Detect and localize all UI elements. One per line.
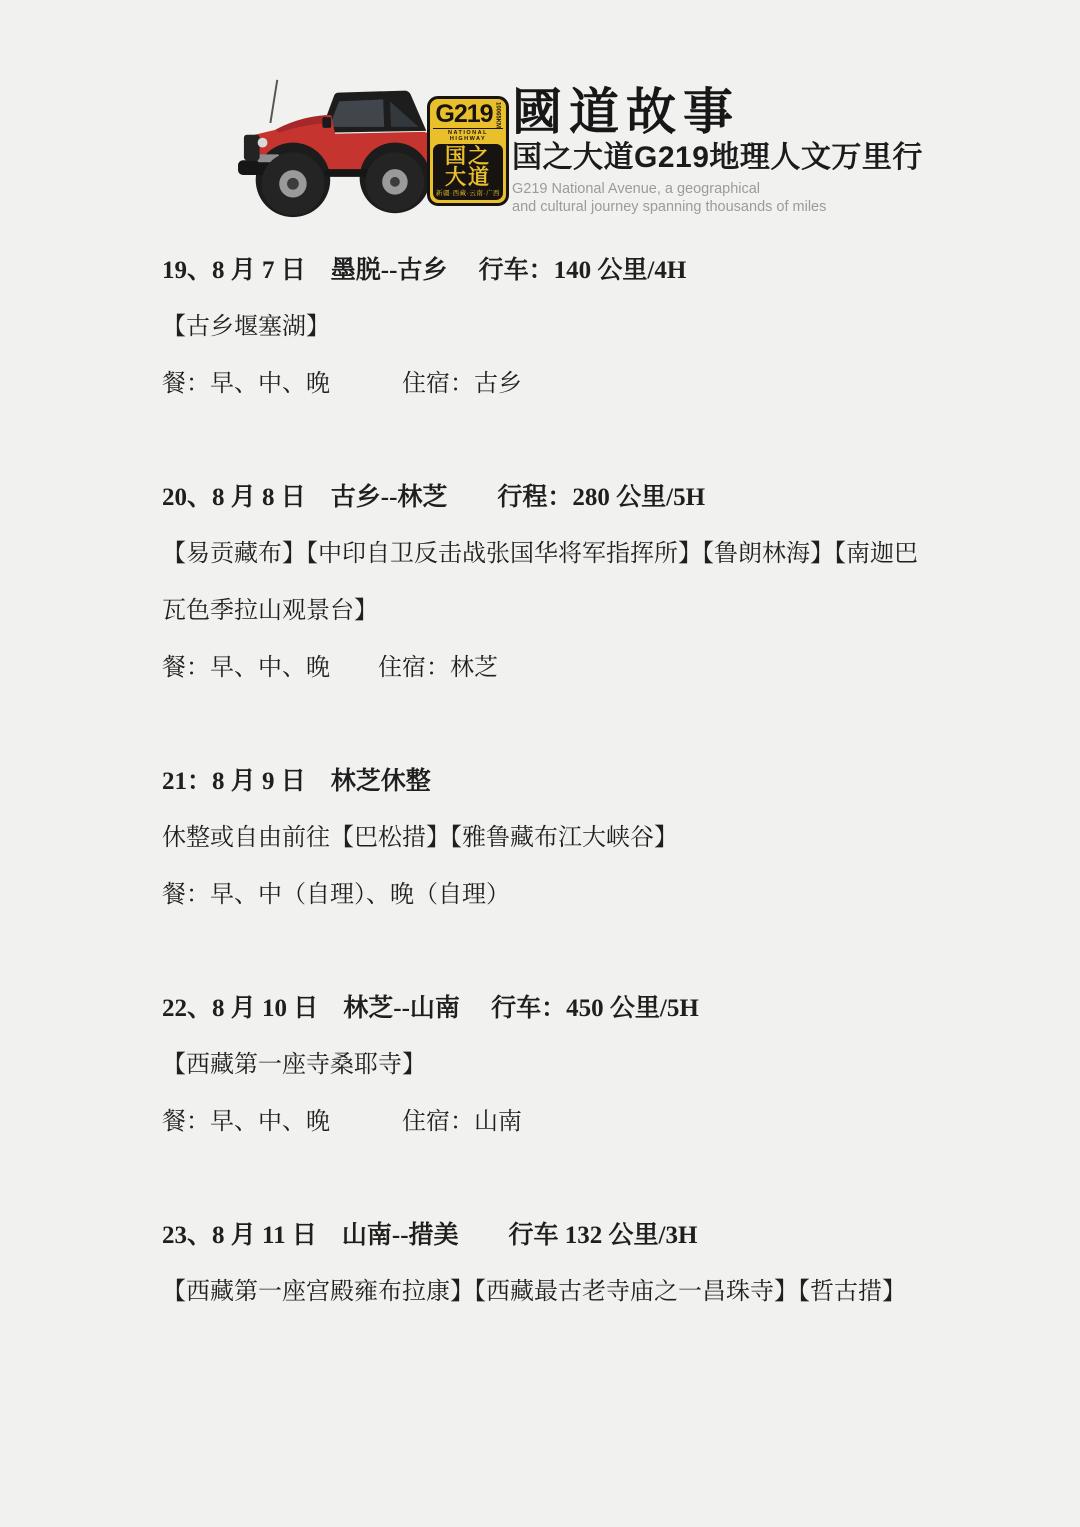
day-heading: 21：8 月 9 日 林芝休整 [162, 753, 918, 810]
day-attractions: 【西藏第一座寺桑耶寺】 [162, 1037, 918, 1094]
day-attractions: 【古乡堰塞湖】 [162, 299, 918, 356]
day-meals-lodging: 餐：早、中、晚 住宿：古乡 [162, 356, 918, 413]
english-tagline: G219 National Avenue, a geographical and… [512, 180, 932, 216]
itinerary-day-20: 20、8 月 8 日 古乡--林芝 行程：280 公里/5H 【易贡藏布】【中印… [162, 469, 918, 697]
day-attractions: 【西藏第一座宫殿雍布拉康】【西藏最古老寺庙之一昌珠寺】【哲古措】 [162, 1264, 918, 1321]
badge-g219-text: G219 [435, 101, 492, 127]
day-heading: 20、8 月 8 日 古乡--林芝 行程：280 公里/5H [162, 469, 918, 526]
day-heading: 23、8 月 11 日 山南--措美 行车 132 公里/3H [162, 1207, 918, 1264]
day-attractions: 【易贡藏布】【中印自卫反击战张国华将军指挥所】【鲁朗林海】【南迦巴瓦色季拉山观景… [162, 526, 918, 640]
g219-badge: G219 10065KM NATIONAL HIGHWAY 国之 大道 新疆·西… [427, 96, 509, 206]
english-tagline-line1: G219 National Avenue, a geographical [512, 181, 760, 197]
itinerary-day-19: 19、8 月 7 日 墨脱--古乡 行车：140 公里/4H 【古乡堰塞湖】 餐… [162, 242, 918, 413]
document-page: G219 10065KM NATIONAL HIGHWAY 国之 大道 新疆·西… [0, 0, 1080, 1527]
header-titles: 國道故事 国之大道G219地理人文万里行 G219 National Avenu… [512, 86, 932, 216]
day-heading: 19、8 月 7 日 墨脱--古乡 行车：140 公里/4H [162, 242, 918, 299]
itinerary-list: 19、8 月 7 日 墨脱--古乡 行车：140 公里/4H 【古乡堰塞湖】 餐… [162, 242, 918, 1377]
badge-name-text: 国之 大道 [445, 146, 491, 188]
badge-name-box: 国之 大道 新疆·西藏·云南·广西 [433, 144, 503, 200]
itinerary-day-22: 22、8 月 10 日 林芝--山南 行车：450 公里/5H 【西藏第一座寺桑… [162, 980, 918, 1151]
day-meals-lodging: 餐：早、中、晚 住宿：林芝 [162, 640, 918, 697]
day-meals-lodging: 餐：早、中（自理）、晚（自理） [162, 867, 918, 924]
itinerary-day-23: 23、8 月 11 日 山南--措美 行车 132 公里/3H 【西藏第一座宫殿… [162, 1207, 918, 1321]
badge-regions-text: 新疆·西藏·云南·广西 [436, 190, 500, 198]
english-tagline-line2: and cultural journey spanning thousands … [512, 199, 826, 215]
day-meals-lodging: 餐：早、中、晚 住宿：山南 [162, 1094, 918, 1151]
itinerary-day-21: 21：8 月 9 日 林芝休整 休整或自由前往【巴松措】【雅鲁藏布江大峡谷】 餐… [162, 753, 918, 924]
day-attractions: 休整或自由前往【巴松措】【雅鲁藏布江大峡谷】 [162, 810, 918, 867]
badge-name-top: 国之 [445, 146, 491, 167]
header-banner: G219 10065KM NATIONAL HIGHWAY 国之 大道 新疆·西… [0, 66, 1080, 236]
badge-top-row: G219 10065KM [433, 101, 503, 127]
page-subtitle: 国之大道G219地理人文万里行 [512, 142, 932, 174]
badge-highway-label: NATIONAL HIGHWAY [433, 128, 503, 142]
badge-km-text: 10065KM [494, 102, 501, 126]
day-heading: 22、8 月 10 日 林芝--山南 行车：450 公里/5H [162, 980, 918, 1037]
jeep-image [238, 72, 444, 224]
page-title: 國道故事 [512, 86, 932, 138]
badge-name-bottom: 大道 [445, 167, 491, 188]
